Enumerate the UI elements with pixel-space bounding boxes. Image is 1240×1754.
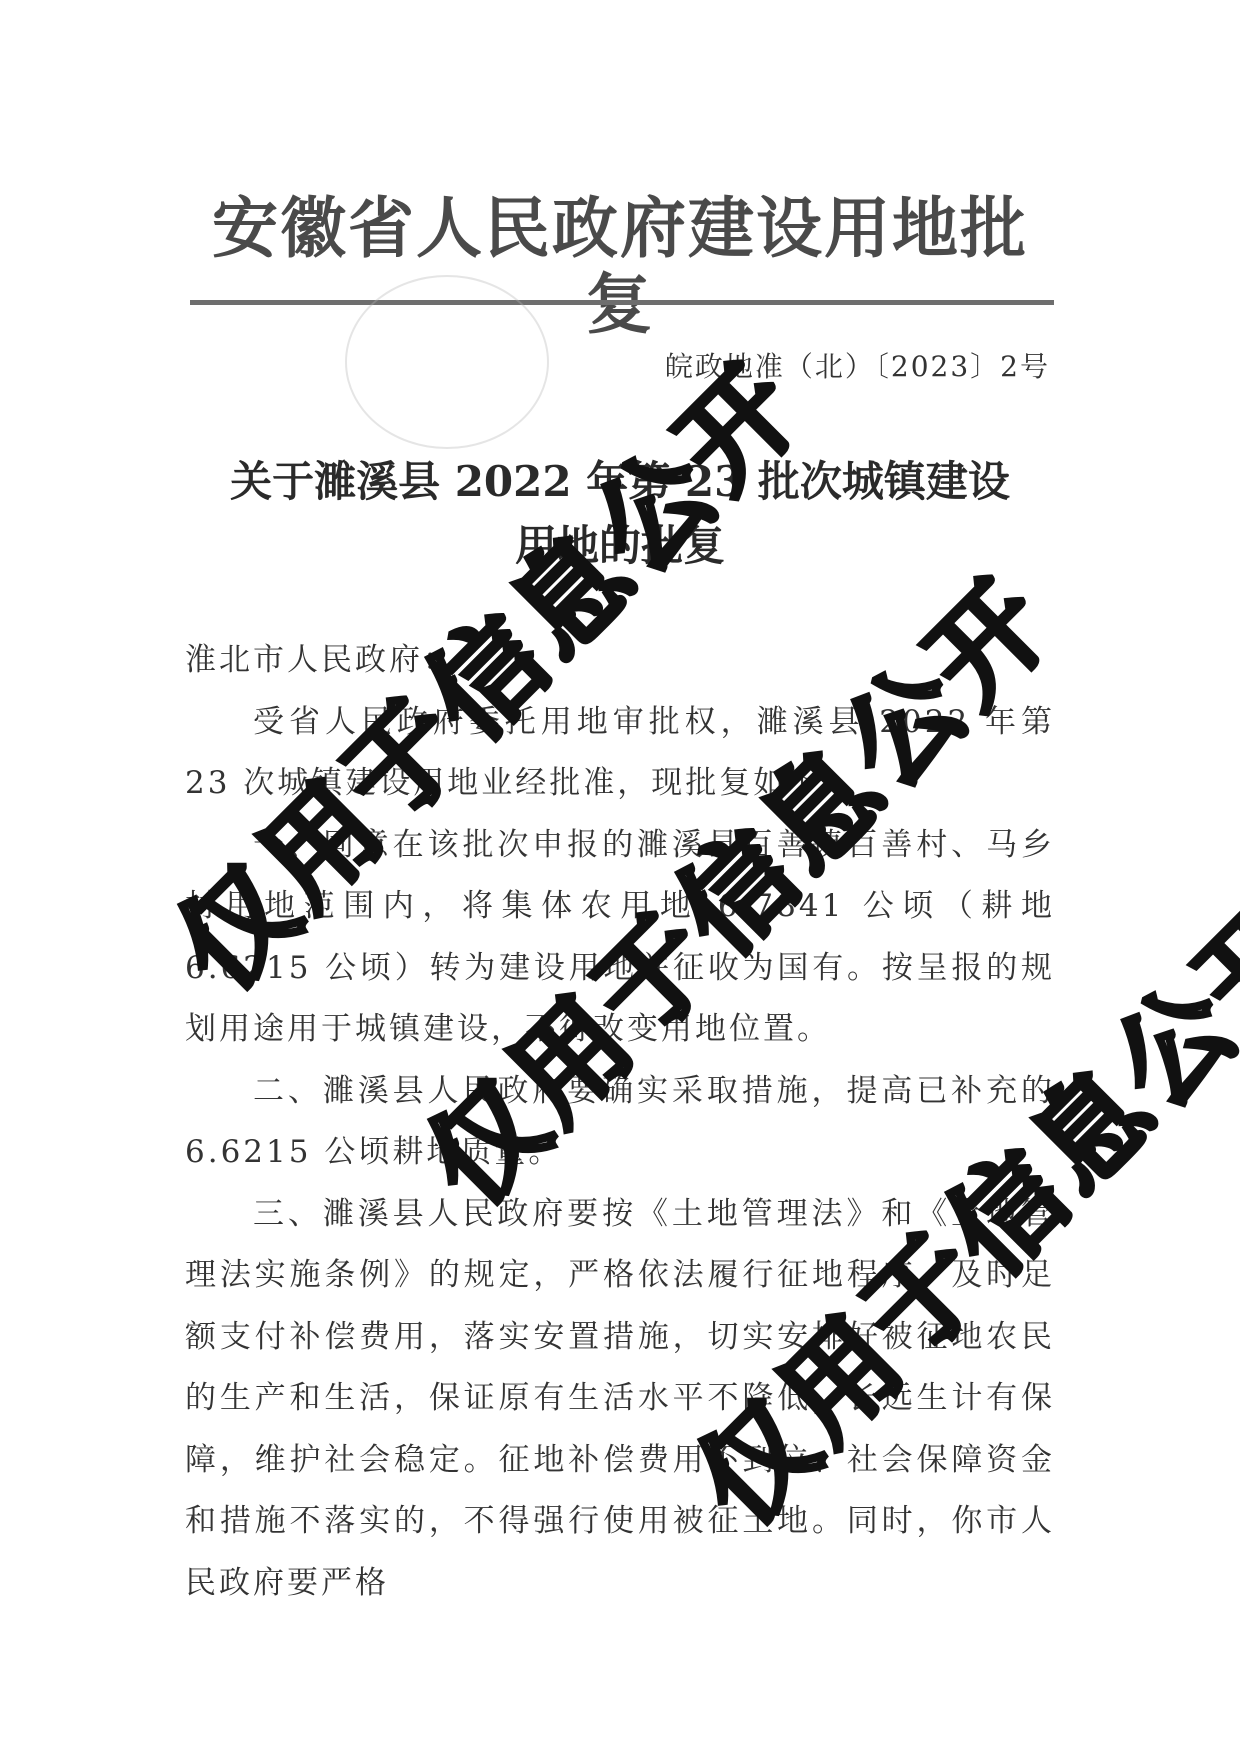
paragraph-item-2: 二、濉溪县人民政府要确实采取措施，提高已补充的 6.6215 公顷耕地质量。 <box>185 1061 1055 1184</box>
paragraph-intro: 受省人民政府委托用地审批权，濉溪县 2022 年第 23 次城镇建设用地业经批准… <box>185 692 1055 815</box>
faint-stamp-seal <box>345 275 549 449</box>
document-page: 安徽省人民政府建设用地批复 皖政地准（北）〔2023〕2号 关于濉溪县 2022… <box>0 0 1240 1754</box>
document-title: 关于濉溪县 2022 年第 23 批次城镇建设 用地的批复 <box>185 450 1055 578</box>
document-header-title: 安徽省人民政府建设用地批复 <box>185 190 1055 342</box>
header-divider <box>190 300 1054 305</box>
paragraph-item-3: 三、濉溪县人民政府要按《土地管理法》和《土地管理法实施条例》的规定，严格依法履行… <box>185 1184 1055 1615</box>
salutation: 淮北市人民政府： <box>185 630 1055 692</box>
document-number: 皖政地准（北）〔2023〕2号 <box>665 345 1050 385</box>
paragraph-item-1: 一、同意在该批次申报的濉溪县百善镇百善村、马乡村用地范围内，将集体农用地 6.7… <box>185 815 1055 1061</box>
title-line-2: 用地的批复 <box>185 514 1055 578</box>
title-line-1: 关于濉溪县 2022 年第 23 批次城镇建设 <box>185 450 1055 514</box>
document-body: 淮北市人民政府： 受省人民政府委托用地审批权，濉溪县 2022 年第 23 次城… <box>185 630 1055 1614</box>
